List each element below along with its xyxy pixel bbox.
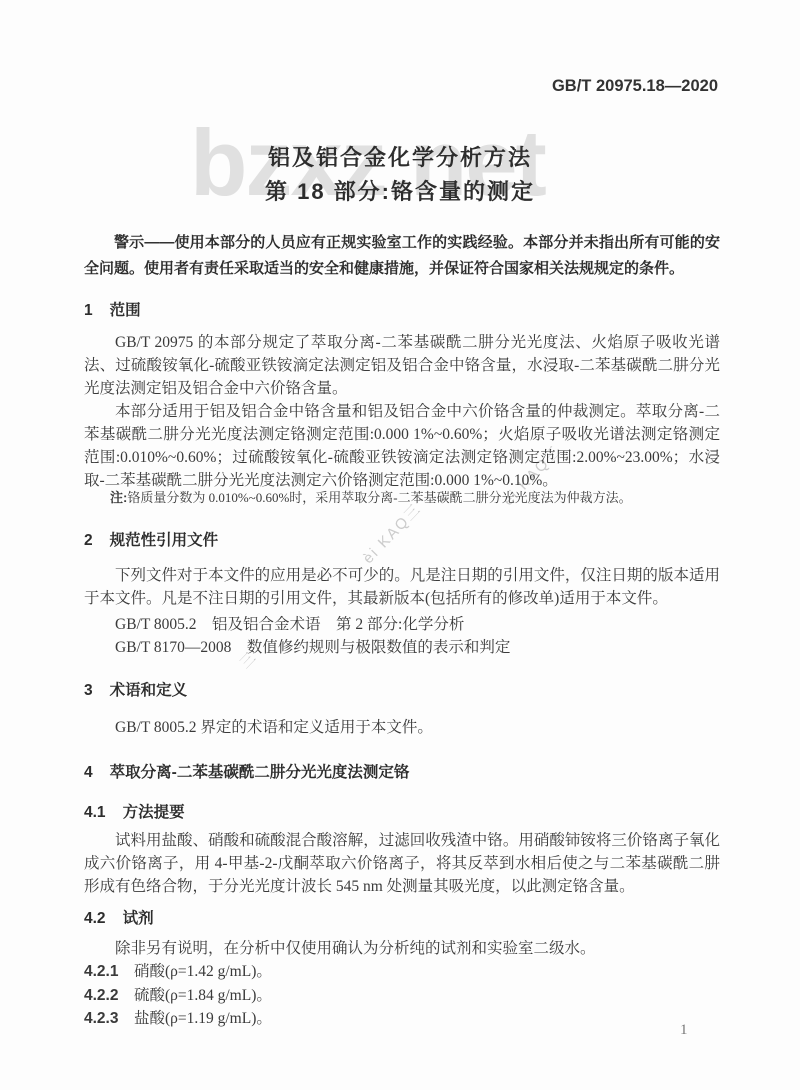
standard-code: GB/T 20975.18—2020 <box>84 77 718 96</box>
section-1-note: 注:铬质量分数为 0.010%~0.60%时，采用萃取分离-二苯基碳酰二肼分光光… <box>84 489 746 506</box>
reagent-item-2-text: 硫酸(ρ=1.84 g/mL)。 <box>134 987 272 1004</box>
section-1-title: 范围 <box>110 302 141 319</box>
title-line-2: 第 18 部分:铬含量的测定 <box>0 175 800 209</box>
section-3-heading: 3术语和定义 <box>84 678 720 700</box>
section-1-paragraph-1: GB/T 20975 的本部分规定了萃取分离-二苯基碳酰二肼分光光度法、火焰原子… <box>84 331 720 400</box>
warning-paragraph: 警示——使用本部分的人员应有正规实验室工作的实践经验。本部分并未指出所有可能的安… <box>84 230 720 282</box>
section-4-title: 萃取分离-二苯基碳酰二肼分光光度法测定铬 <box>110 764 410 781</box>
section-4-1-paragraph-1: 试料用盐酸、硝酸和硫酸混合酸溶解，过滤回收残渣中铬。用硝酸铈铵将三价铬离子氧化成… <box>84 829 720 898</box>
section-4-number: 4 <box>84 764 93 782</box>
section-2-number: 2 <box>84 532 93 550</box>
reagent-item-3: 4.2.3盐酸(ρ=1.19 g/mL)。 <box>84 1007 720 1030</box>
reagent-item-1-number: 4.2.1 <box>84 963 118 980</box>
reagent-item-1: 4.2.1硝酸(ρ=1.42 g/mL)。 <box>84 960 720 983</box>
section-2-heading: 2规范性引用文件 <box>84 528 720 550</box>
section-4-heading: 4萃取分离-二苯基碳酰二肼分光光度法测定铬 <box>84 760 720 782</box>
section-4-1-heading: 4.1方法提要 <box>84 800 720 822</box>
section-1-heading: 1范围 <box>84 298 720 320</box>
note-text: 铬质量分数为 0.010%~0.60%时，采用萃取分离-二苯基碳酰二肼分光光度法… <box>127 490 631 505</box>
normative-reference-2: GB/T 8170—2008 数值修约规则与极限数值的表示和判定 <box>84 636 751 659</box>
page-number: 1 <box>680 1022 688 1039</box>
normative-reference-1: GB/T 8005.2 铝及铝合金术语 第 2 部分:化学分析 <box>84 613 751 636</box>
section-4-2-number: 4.2 <box>84 910 106 928</box>
title-line-1: 铝及铝合金化学分析方法 <box>0 141 800 175</box>
section-4-2-heading: 4.2试剂 <box>84 906 720 928</box>
section-3-title: 术语和定义 <box>110 682 188 699</box>
document-page: bzxz.net èi KAQ三 èi KAQ三 三 GB/T 20975.18… <box>0 0 800 1090</box>
section-4-1-number: 4.1 <box>84 804 106 822</box>
reagent-item-3-number: 4.2.3 <box>84 1010 118 1027</box>
section-4-2-title: 试剂 <box>123 910 154 927</box>
section-1-number: 1 <box>84 302 93 320</box>
section-4-2-paragraph-1: 除非另有说明，在分析中仅使用确认为分析纯的试剂和实验室二级水。 <box>84 937 720 960</box>
section-2-paragraph-1: 下列文件对于本文件的应用是必不可少的。凡是注日期的引用文件，仅注日期的版本适用于… <box>84 564 720 610</box>
section-3-number: 3 <box>84 682 93 700</box>
document-title: 铝及铝合金化学分析方法 第 18 部分:铬含量的测定 <box>0 141 800 209</box>
reagent-item-2-number: 4.2.2 <box>84 987 118 1004</box>
reagent-item-1-text: 硝酸(ρ=1.42 g/mL)。 <box>134 963 272 980</box>
note-label: 注: <box>110 490 127 505</box>
reagent-item-2: 4.2.2硫酸(ρ=1.84 g/mL)。 <box>84 984 720 1007</box>
section-3-paragraph-1: GB/T 8005.2 界定的术语和定义适用于本文件。 <box>84 716 720 739</box>
section-1-paragraph-2: 本部分适用于铝及铝合金中铬含量和铝及铝合金中六价铬含量的仲裁测定。萃取分离-二苯… <box>84 400 720 492</box>
section-4-1-title: 方法提要 <box>123 804 185 821</box>
section-2-title: 规范性引用文件 <box>110 532 219 549</box>
reagent-item-3-text: 盐酸(ρ=1.19 g/mL)。 <box>134 1010 272 1027</box>
